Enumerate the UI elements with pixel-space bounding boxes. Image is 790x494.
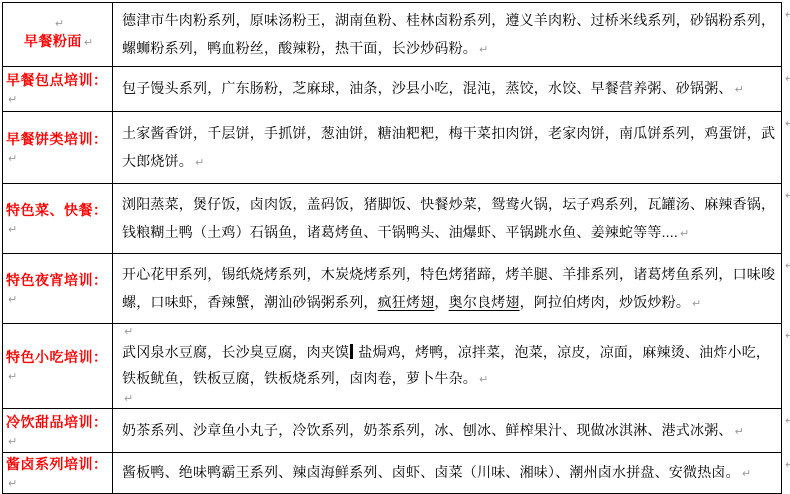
category-label: 早餐粉面: [24, 33, 82, 49]
paragraph-mark-icon: ↵: [8, 478, 17, 490]
category-label-line: 早餐包点培训：↵: [6, 70, 111, 108]
paragraph-mark-icon: ↵: [742, 468, 751, 480]
row-end-mark-icon: ↵: [785, 331, 790, 342]
items-cell-breakfast-baozi[interactable]: 包子馒头系列，广东肠粉，芝麻球，油条，沙县小吃，混沌，蒸饺，水饺、早餐营养粥、砂…: [113, 67, 782, 112]
items-text: 奶茶系列、沙章鱼小丸子，冷饮系列，奶茶系列，冰、刨冰、鲜榨果汁、现做冰淇淋、港式…: [122, 422, 733, 438]
category-cell-breakfast-noodles[interactable]: ↵早餐粉面↵: [3, 3, 113, 67]
items-text: 浏阳蒸菜，煲仔饭，卤肉饭，盖码饭，猪脚饭、快餐炒菜，鸳鸯火锅，坛子鸡系列，瓦罐汤…: [122, 196, 775, 240]
items-paragraph: 德津市牛肉粉系列，原味汤粉王，湖南鱼粉、桂林卤粉系列，遵义羊肉粉、过桥米线系列，…: [122, 6, 777, 64]
items-text: 武冈泉水豆腐，长沙臭豆腐，肉夹馍: [122, 344, 349, 360]
items-paragraph: 包子馒头系列，广东肠粉，芝麻球，油条，沙县小吃，混沌，蒸饺，水饺、早餐营养粥、砂…: [122, 74, 777, 104]
items-text-underlined: 疯狂烤翅: [378, 294, 435, 310]
items-text: 酱板鸭、绝味鸭霸王系列、辣卤海鲜系列、卤虾、卤菜（川味、湘味）、潮州卤水拼盘、安…: [122, 464, 740, 480]
items-cell-breakfast-bing[interactable]: 土家酱香饼，千层饼，手抓饼，葱油饼，糖油粑粑，梅干菜扣肉饼，老家肉饼，南瓜饼系列…: [113, 112, 782, 184]
items-paragraph: 武冈泉水豆腐，长沙臭豆腐，肉夹馍 盐焗鸡，烤鸭，凉拌菜，泡菜，凉皮，凉面，麻辣烫…: [122, 339, 777, 393]
table-row: 特色菜、快餐：↵浏阳蒸菜，煲仔饭，卤肉饭，盖码饭，猪脚饭、快餐炒菜，鸳鸯火锅，坛…: [3, 184, 782, 254]
items-cell-cold-drinks-desserts[interactable]: 奶茶系列、沙章鱼小丸子，冷饮系列，奶茶系列，冰、刨冰、鲜榨果汁、现做冰淇淋、港式…: [113, 409, 782, 453]
items-paragraph: 奶茶系列、沙章鱼小丸子，冷饮系列，奶茶系列，冰、刨冰、鲜榨果汁、现做冰淇淋、港式…: [122, 416, 777, 446]
empty-paragraph: ↵: [6, 18, 111, 31]
row-end-mark-icon: ↵: [785, 74, 790, 85]
training-table-body: ↵早餐粉面↵德津市牛肉粉系列，原味汤粉王，湖南鱼粉、桂林卤粉系列，遵义羊肉粉、过…: [3, 3, 782, 494]
items-paragraph: 浏阳蒸菜，煲仔饭，卤肉饭，盖码饭，猪脚饭、快餐炒菜，鸳鸯火锅，坛子鸡系列，瓦罐汤…: [122, 190, 777, 248]
empty-paragraph: ↵: [122, 393, 777, 406]
items-cell-breakfast-noodles[interactable]: 德津市牛肉粉系列，原味汤粉王，湖南鱼粉、桂林卤粉系列，遵义羊肉粉、过桥米线系列，…: [113, 3, 782, 67]
paragraph-mark-icon: ↵: [8, 371, 17, 383]
category-label-line: 冷饮甜品培训：↵: [6, 412, 111, 450]
items-text: 包子馒头系列，广东肠粉，芝麻球，油条，沙县小吃，混沌，蒸饺，水饺、早餐营养粥、砂…: [122, 80, 733, 96]
row-end-mark-icon: ↵: [785, 261, 790, 272]
items-text: ，: [434, 294, 448, 310]
items-cell-special-snacks[interactable]: ↵武冈泉水豆腐，长沙臭豆腐，肉夹馍 盐焗鸡，烤鸭，凉拌菜，泡菜，凉皮，凉面，麻辣…: [113, 324, 782, 409]
document-page: ↵早餐粉面↵德津市牛肉粉系列，原味汤粉王，湖南鱼粉、桂林卤粉系列，遵义羊肉粉、过…: [0, 0, 790, 494]
category-label-line: 早餐粉面↵: [6, 31, 111, 51]
items-text: 德津市牛肉粉系列，原味汤粉王，湖南鱼粉、桂林卤粉系列，遵义羊肉粉、过桥米线系列，…: [122, 12, 775, 56]
category-label: 冷饮甜品培训：: [6, 414, 108, 430]
paragraph-mark-icon: ↵: [479, 374, 488, 386]
text-cursor: [350, 344, 353, 359]
items-text: ，阿拉伯烤肉，炒饭炒粉。: [520, 294, 690, 310]
category-label: 酱卤系列培训：: [6, 456, 108, 472]
row-end-mark-icon: ↵: [785, 191, 790, 202]
category-label-line: 特色夜宵培训：↵: [6, 270, 111, 308]
paragraph-mark-icon: ↵: [84, 37, 93, 49]
category-cell-cold-drinks-desserts[interactable]: 冷饮甜品培训：↵: [3, 409, 113, 453]
category-cell-breakfast-bing[interactable]: 早餐饼类培训：↵: [3, 112, 113, 184]
paragraph-mark-icon: ↵: [479, 44, 488, 56]
table-row: 特色小吃培训：↵↵武冈泉水豆腐，长沙臭豆腐，肉夹馍 盐焗鸡，烤鸭，凉拌菜，泡菜，…: [3, 324, 782, 409]
items-cell-braised-sauce-series[interactable]: 酱板鸭、绝味鸭霸王系列、辣卤海鲜系列、卤虾、卤菜（川味、湘味）、潮州卤水拼盘、安…: [113, 453, 782, 494]
training-table: ↵早餐粉面↵德津市牛肉粉系列，原味汤粉王，湖南鱼粉、桂林卤粉系列，遵义羊肉粉、过…: [2, 2, 782, 494]
category-label: 早餐包点培训：: [6, 72, 108, 88]
items-text: 土家酱香饼，千层饼，手抓饼，葱油饼，糖油粑粑，梅干菜扣肉饼，老家肉饼，南瓜饼系列…: [122, 125, 775, 169]
table-row: ↵早餐粉面↵德津市牛肉粉系列，原味汤粉王，湖南鱼粉、桂林卤粉系列，遵义羊肉粉、过…: [3, 3, 782, 67]
category-cell-special-dishes-fastfood[interactable]: 特色菜、快餐：↵: [3, 184, 113, 254]
paragraph-mark-icon: ↵: [124, 326, 133, 338]
category-label: 特色小吃培训：: [6, 349, 108, 365]
paragraph-mark-icon: ↵: [195, 157, 204, 169]
items-text-underlined: 奥尔良烤翅: [449, 294, 520, 310]
items-cell-special-dishes-fastfood[interactable]: 浏阳蒸菜，煲仔饭，卤肉饭，盖码饭，猪脚饭、快餐炒菜，鸳鸯火锅，坛子鸡系列，瓦罐汤…: [113, 184, 782, 254]
table-row: 特色夜宵培训：↵开心花甲系列，锡纸烧烤系列，木炭烧烤系列，特色烤猪蹄，烤羊腿、羊…: [3, 254, 782, 324]
category-label-line: 特色菜、快餐：↵: [6, 200, 111, 238]
category-label: 特色夜宵培训：: [6, 272, 108, 288]
category-cell-braised-sauce-series[interactable]: 酱卤系列培训：↵: [3, 453, 113, 494]
table-row: 早餐包点培训：↵包子馒头系列，广东肠粉，芝麻球，油条，沙县小吃，混沌，蒸饺，水饺…: [3, 67, 782, 112]
paragraph-mark-icon: ↵: [8, 224, 17, 236]
paragraph-mark-icon: ↵: [8, 94, 17, 106]
paragraph-mark-icon: ↵: [55, 18, 64, 30]
paragraph-mark-icon: ↵: [692, 298, 701, 310]
row-end-mark-icon: ↵: [785, 119, 790, 130]
category-label: 特色菜、快餐：: [6, 202, 108, 218]
table-row: 冷饮甜品培训：↵奶茶系列、沙章鱼小丸子，冷饮系列，奶茶系列，冰、刨冰、鲜榨果汁、…: [3, 409, 782, 453]
items-paragraph: 开心花甲系列，锡纸烧烤系列，木炭烧烤系列，特色烤猪蹄，烤羊腿、羊排系列，诸葛烤鱼…: [122, 260, 777, 318]
items-paragraph: 酱板鸭、绝味鸭霸王系列、辣卤海鲜系列、卤虾、卤菜（川味、湘味）、潮州卤水拼盘、安…: [122, 458, 777, 488]
paragraph-mark-icon: ↵: [680, 228, 689, 240]
category-label-line: 酱卤系列培训：↵: [6, 454, 111, 492]
items-paragraph: 土家酱香饼，千层饼，手抓饼，葱油饼，糖油粑粑，梅干菜扣肉饼，老家肉饼，南瓜饼系列…: [122, 119, 777, 177]
category-cell-late-night-snacks[interactable]: 特色夜宵培训：↵: [3, 254, 113, 324]
paragraph-mark-icon: ↵: [8, 153, 17, 165]
row-end-mark-icon: ↵: [785, 10, 790, 21]
category-cell-breakfast-baozi[interactable]: 早餐包点培训：↵: [3, 67, 113, 112]
empty-paragraph: ↵: [122, 326, 777, 339]
row-end-mark-icon: ↵: [785, 460, 790, 471]
category-cell-special-snacks[interactable]: 特色小吃培训：↵: [3, 324, 113, 409]
items-cell-late-night-snacks[interactable]: 开心花甲系列，锡纸烧烤系列，木炭烧烤系列，特色烤猪蹄，烤羊腿、羊排系列，诸葛烤鱼…: [113, 254, 782, 324]
paragraph-mark-icon: ↵: [735, 426, 744, 438]
category-label-line: 早餐饼类培训：↵: [6, 129, 111, 167]
paragraph-mark-icon: ↵: [124, 393, 133, 405]
paragraph-mark-icon: ↵: [735, 84, 744, 96]
paragraph-mark-icon: ↵: [8, 436, 17, 448]
category-label: 早餐饼类培训：: [6, 131, 108, 147]
table-row: 早餐饼类培训：↵土家酱香饼，千层饼，手抓饼，葱油饼，糖油粑粑，梅干菜扣肉饼，老家…: [3, 112, 782, 184]
table-row: 酱卤系列培训：↵酱板鸭、绝味鸭霸王系列、辣卤海鲜系列、卤虾、卤菜（川味、湘味）、…: [3, 453, 782, 494]
category-label-line: 特色小吃培训：↵: [6, 347, 111, 385]
row-end-mark-icon: ↵: [785, 416, 790, 427]
paragraph-mark-icon: ↵: [8, 294, 17, 306]
